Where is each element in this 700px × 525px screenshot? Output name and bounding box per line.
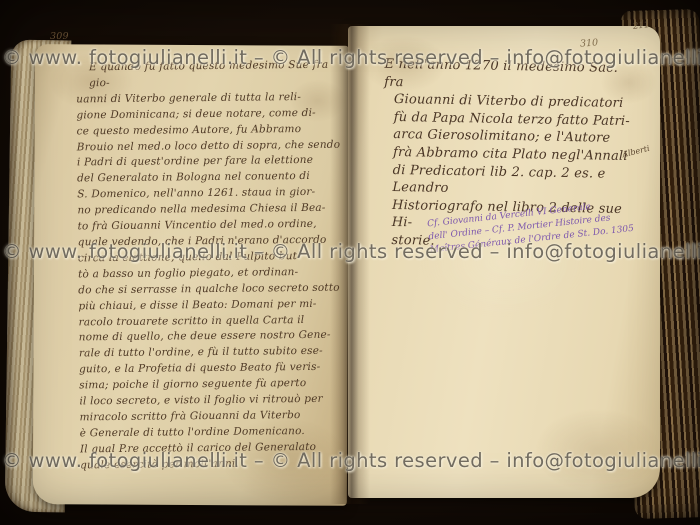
watermark-middle: © www. fotogiulianelli.it – © All rights… <box>0 240 700 263</box>
page-edge-note: 211 <box>633 20 650 32</box>
manuscript-photo: 309 310 211 E quando fu fatto questo med… <box>0 0 700 525</box>
manuscript-line: di Predicatori lib 2. cap. 2 es. e Leand… <box>392 162 637 201</box>
watermark-top: © www. fotogiulianelli.it – © All rights… <box>0 46 700 69</box>
left-page-number: 309 <box>50 31 69 42</box>
watermark-bottom: © www. fotogiulianelli.it – © All rights… <box>0 449 700 472</box>
left-page-manuscript-text: E quando fu fatto questo medesimo Sue fr… <box>76 58 344 474</box>
manuscript-line: il loco secreto, e visto il foglio vi ri… <box>79 392 343 411</box>
